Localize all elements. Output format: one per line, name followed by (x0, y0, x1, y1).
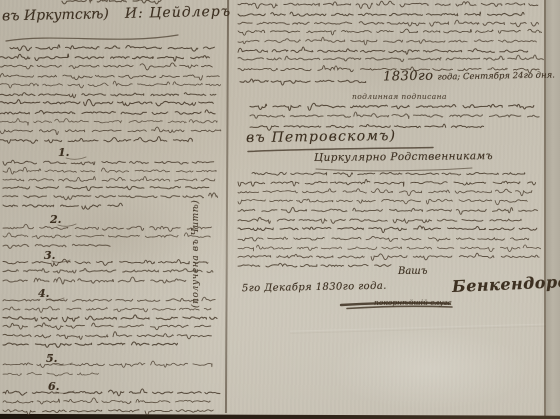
signer-place: въ Иркутскѣ) (2, 6, 109, 24)
dateline-year: 1830го (383, 70, 434, 84)
item-number-4: 4. (38, 288, 49, 299)
place-line-petrovskom: въ Петровскомъ) (246, 129, 396, 145)
dateline-rest: года; Сентября 24го дня. (437, 71, 555, 82)
manuscript-photo: въ Иркутскѣ)И: Цейдлеръ (получена въ Чит… (0, 0, 560, 419)
signer-name: И: Цейдлеръ (125, 4, 232, 22)
handwriting-scribbles (0, 0, 560, 419)
item-number-2: 2. (50, 214, 61, 225)
attestation-line: подлинная подписана (352, 93, 447, 101)
circular-heading: Циркулярно Родственникамъ (314, 151, 493, 163)
closing-salutation: Вашъ (398, 267, 427, 277)
benckendorff-signature: Бенкендорфъ. (452, 273, 560, 295)
item-number-3: 3. (44, 250, 55, 261)
item-number-5: 5. (46, 353, 57, 364)
item-number-6: 6. (48, 381, 59, 392)
closing-role: покорнѣйшій слуга (374, 299, 452, 307)
item-number-1: 1. (58, 147, 69, 158)
margin-note-received-in-chita: (получена въ Читѣ) (192, 136, 210, 308)
